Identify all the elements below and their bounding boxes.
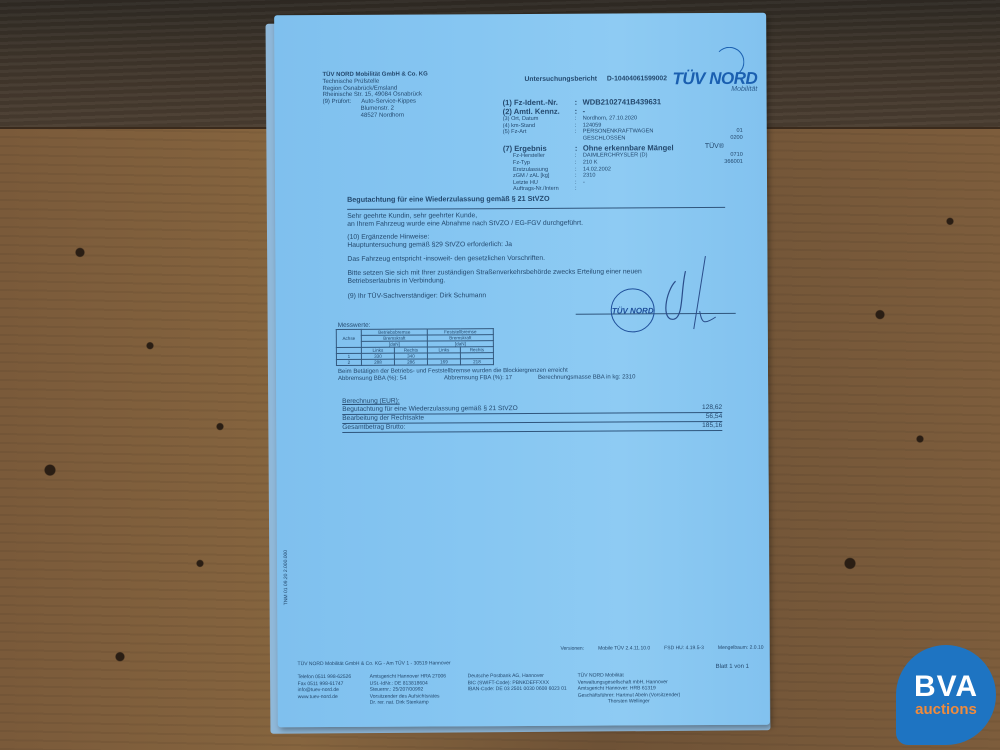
footer-address: TÜV NORD Mobilität GmbH & Co. KG - Am TÜ… [298,660,451,667]
version-mengel: Mengelbaum: 2.0.10 [718,645,764,651]
greeting: an Ihrem Fahrzeug wurde eine Abnahme nac… [347,219,641,229]
form-code: TNM 01 09.20 2.000.000 [283,550,289,605]
bba-value: Abbremsung BBA (%): 54 [338,376,406,383]
expert-name: (9) Ihr TÜV-Sachverständiger: Dirk Schum… [348,291,642,301]
footer-line: Amtsgericht Hannover HRA 27006 [370,673,446,680]
brake-measurement-table: Achse Betriebsbremse Feststellbremse Bre… [336,328,494,366]
report-number: D-10404061599002 [607,75,667,82]
title-rule [347,207,725,210]
pruefort-label: (9) Prüfort: [323,99,352,106]
footer-registry: Amtsgericht Hannover HRA 27006 USt.-IdNr… [370,673,447,706]
field-value: - [583,106,743,116]
field-value: GESCHLOSSEN [583,135,711,142]
field-code: 366001 [711,159,743,166]
footer-management: TÜV NORD Mobilität Verwaltungsgesellscha… [578,672,681,705]
cost-label: Gesamtbetrag Brutto: [342,424,405,432]
mass-value: Berechnungsmasse BBA in kg: 2310 [538,374,635,382]
header-axle: Achse [336,329,361,347]
cost-amount: 128,62 [702,404,722,412]
notes-text: Hauptuntersuchung gemäß §29 StVZO erford… [347,240,641,250]
field-code: 0200 [711,135,743,142]
footer-website: www.tuev-nord.de [298,693,352,700]
report-id: Untersuchungsbericht D-10404061599002 [524,75,667,83]
cell-service-left: 288 [361,359,394,365]
field-label: (2) Amtl. Kennz. [503,107,575,116]
bva-auctions-logo: BVA auctions [896,645,996,745]
tuv-trademark: TÜV® [705,143,724,150]
cost-calculation: Berechnung (EUR): Begutachtung für eine … [342,396,722,433]
issuer-address: TÜV NORD Mobilität GmbH & Co. KG Technis… [322,71,428,119]
inspection-report-page: TÜV NORD Mobilität GmbH & Co. KG Technis… [274,13,770,728]
bva-logo-text: BVA [914,672,978,702]
version-fsd: FSD HU: 4.19.5-3 [664,645,704,651]
fba-value: Abbremsung FBA (%): 17 [444,375,512,382]
footer-contact: Telefon 0511 998-62526 Fax 0511 998-6174… [298,674,352,700]
cell-parking-left: 169 [427,359,460,365]
field-value: - [583,179,711,186]
table-row: 2 288 286 169 218 [336,359,493,366]
footer-line: IBAN-Code: DE 03 2501 0030 0608 6023 01 [468,686,567,693]
vehicle-row: Auftrags-Nr./Intern : [503,185,743,193]
result-label: (7) Ergebnis [503,144,575,153]
issuer-company: TÜV NORD Mobilität GmbH & Co. KG [322,71,427,78]
cell-axle: 2 [336,359,361,365]
versions-label: Versionen: [560,646,584,652]
instruction-text: Bitte setzen Sie sich mit Ihrer zuständi… [347,268,641,278]
footer-bank: Deutsche Postbank AG, Hannover BIC (SWIF… [468,673,567,693]
signature-icon [655,251,725,331]
cost-label: Bearbeitung der Rechtsakte [342,415,424,423]
bva-logo-subtext: auctions [915,702,977,718]
instruction-text: Betriebserlaubnis in Verbindung. [348,276,642,286]
cost-row-total: Gesamtbetrag Brutto: 185,16 [342,422,722,433]
footer-line: Thorsten Wellinger [578,698,681,705]
cell-service-right: 286 [394,359,427,365]
tuv-stamp-icon: TÜV NORD [611,288,655,332]
footer-line: Telefon 0511 998-62526 [298,674,352,681]
pruefort-city: 48527 Nordhorn [323,112,428,119]
cost-label: Begutachtung für eine Wiederzulassung ge… [342,405,518,414]
field-label: Auftrags-Nr./Intern [513,186,575,193]
vehicle-row: GESCHLOSSEN 0200 [503,135,743,143]
footer-line: Dr. rer. nat. Dirk Stenkamp [370,699,446,706]
cost-amount: 56,54 [706,413,723,421]
field-value [583,189,711,190]
field-label: (5) Fz-Art [503,129,575,136]
page-number: Blatt 1 von 1 [716,664,749,670]
body-text: Sehr geehrte Kundin, sehr geehrter Kunde… [347,211,642,301]
document-title: Begutachtung für eine Wiederzulassung ge… [347,194,549,204]
version-mobile: Mobile TÜV 2.4.11.10.0 [598,645,650,651]
report-label: Untersuchungsbericht [524,76,597,83]
compliance-text: Das Fahrzeug entspricht -insoweit- den g… [347,254,641,264]
tuv-nord-logo: TÜV NORD Mobilität [672,69,757,93]
stamp-text: TÜV NORD [612,306,654,315]
cell-parking-right: 218 [460,359,493,365]
version-info: Versionen: Mobile TÜV 2.4.11.10.0 FSD HU… [560,645,763,652]
field-label: (1) Fz-Ident.-Nr. [503,98,575,107]
cost-amount: 185,16 [702,422,722,430]
